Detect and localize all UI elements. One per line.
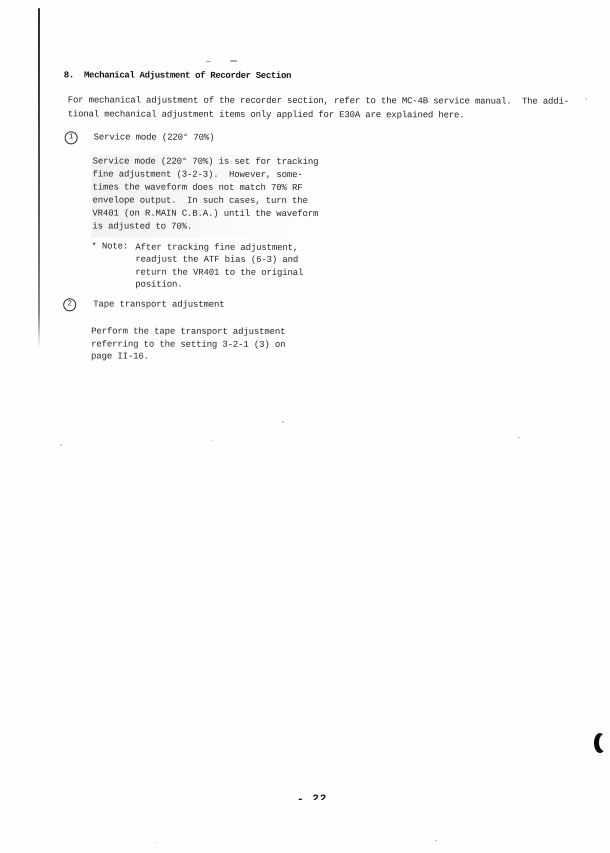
scan-noise-speck bbox=[60, 444, 62, 446]
scan-noise-speck bbox=[155, 842, 156, 843]
scan-noise-speck bbox=[518, 437, 520, 438]
scanned-manual-page: 8. Mechanical Adjustment of Recorder Sec… bbox=[0, 0, 610, 853]
binder-hole-mark bbox=[594, 733, 606, 753]
page-number-clipped: - 22 bbox=[297, 794, 341, 800]
scan-noise-speck bbox=[378, 568, 379, 569]
scan-noise-speck bbox=[212, 440, 213, 441]
circled-number-1: 1 bbox=[65, 131, 78, 144]
section-1-title: Service mode (220° 70%) bbox=[94, 132, 215, 142]
scan-noise-speck bbox=[435, 840, 437, 841]
circled-number-2: 2 bbox=[63, 298, 76, 311]
note-text: After tracking fine adjustment, readjust… bbox=[135, 242, 303, 292]
section-heading: 8. Mechanical Adjustment of Recorder Sec… bbox=[64, 70, 291, 81]
section-1-body: Service mode (220° 70%) is set for track… bbox=[91, 154, 328, 238]
scan-noise-speck bbox=[206, 61, 211, 62]
scan-noise-speck bbox=[282, 421, 284, 423]
scan-noise-speck bbox=[585, 98, 587, 100]
scan-noise-speck bbox=[230, 60, 237, 62]
note-block: * Note: After tracking fine adjustment, … bbox=[91, 241, 303, 291]
section-2-body: Perform the tape transport adjustment re… bbox=[91, 325, 285, 363]
page-content: 8. Mechanical Adjustment of Recorder Sec… bbox=[0, 0, 610, 853]
section-2-title: Tape transport adjustment bbox=[93, 299, 224, 309]
intro-paragraph: For mechanical adjustment of the recorde… bbox=[68, 93, 569, 122]
note-label: * Note: bbox=[91, 241, 135, 291]
